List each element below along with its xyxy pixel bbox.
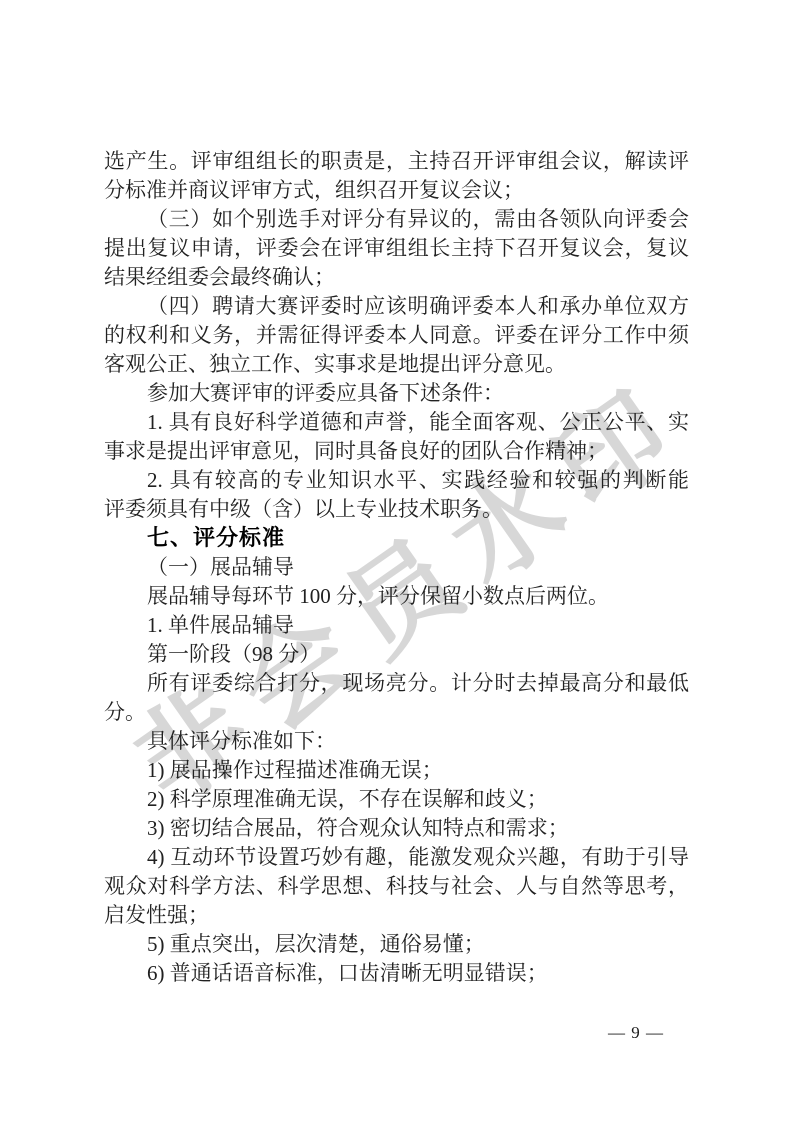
page-number: — 9 — bbox=[0, 1023, 664, 1043]
document-line: 结果经组委会最终确认； bbox=[104, 263, 689, 292]
document-line: 参加大赛评审的评委应具备下述条件： bbox=[104, 379, 689, 408]
document-line: 启发性强； bbox=[104, 901, 689, 930]
document-line: （一）展品辅导 bbox=[104, 553, 689, 582]
document-line: 的权利和义务，并需征得评委本人同意。评委在评分工作中须 bbox=[104, 321, 689, 350]
document-body: 选产生。评审组组长的职责是，主持召开评审组会议，解读评分标准并商议评审方式，组织… bbox=[104, 147, 689, 988]
document-line: 1) 展品操作过程描述准确无误； bbox=[104, 756, 689, 785]
document-line: 分。 bbox=[104, 698, 689, 727]
document-line: 展品辅导每环节 100 分，评分保留小数点后两位。 bbox=[104, 582, 689, 611]
document-line: （四）聘请大赛评委时应该明确评委本人和承办单位双方 bbox=[104, 292, 689, 321]
document-line: 5) 重点突出，层次清楚，通俗易懂； bbox=[104, 930, 689, 959]
document-line: 选产生。评审组组长的职责是，主持召开评审组会议，解读评 bbox=[104, 147, 689, 176]
document-line: （三）如个别选手对评分有异议的，需由各领队向评委会 bbox=[104, 205, 689, 234]
section-heading: 七、评分标准 bbox=[104, 524, 689, 553]
document-line: 所有评委综合打分，现场亮分。计分时去掉最高分和最低 bbox=[104, 669, 689, 698]
document-line: 第一阶段（98 分） bbox=[104, 640, 689, 669]
document-line: 提出复议申请，评委会在评审组组长主持下召开复议会，复议 bbox=[104, 234, 689, 263]
document-line: 2. 具有较高的专业知识水平、实践经验和较强的判断能力， bbox=[104, 466, 689, 495]
document-line: 4) 互动环节设置巧妙有趣，能激发观众兴趣，有助于引导 bbox=[104, 843, 689, 872]
document-line: 分标准并商议评审方式，组织召开复议会议； bbox=[104, 176, 689, 205]
document-line: 观众对科学方法、科学思想、科技与社会、人与自然等思考， bbox=[104, 872, 689, 901]
document-line: 6) 普通话语音标准，口齿清晰无明显错误； bbox=[104, 959, 689, 988]
document-line: 客观公正、独立工作、实事求是地提出评分意见。 bbox=[104, 350, 689, 379]
document-line: 1. 具有良好科学道德和声誉，能全面客观、公正公平、实 bbox=[104, 408, 689, 437]
document-line: 2) 科学原理准确无误，不存在误解和歧义； bbox=[104, 785, 689, 814]
document-line: 具体评分标准如下： bbox=[104, 727, 689, 756]
document-line: 评委须具有中级（含）以上专业技术职务。 bbox=[104, 495, 689, 524]
document-page: 非会员水印 选产生。评审组组长的职责是，主持召开评审组会议，解读评分标准并商议评… bbox=[0, 0, 793, 1122]
document-line: 1. 单件展品辅导 bbox=[104, 611, 689, 640]
document-line: 3) 密切结合展品，符合观众认知特点和需求； bbox=[104, 814, 689, 843]
document-line: 事求是提出评审意见，同时具备良好的团队合作精神； bbox=[104, 437, 689, 466]
